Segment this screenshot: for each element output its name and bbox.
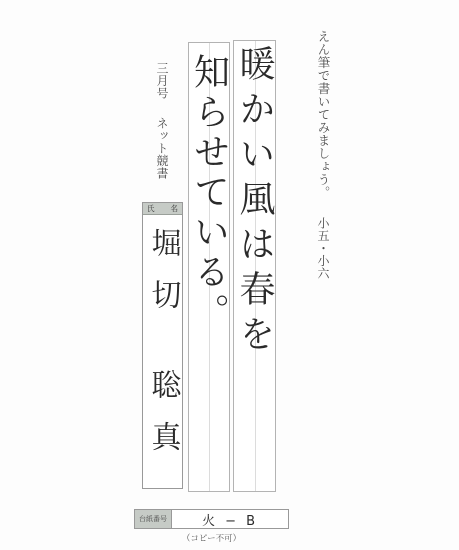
family-name-text: 堀切 — [146, 227, 181, 331]
competition-name-text: ネット競書 — [155, 117, 169, 180]
writing-strip-first: 暖かい風は春を — [233, 40, 276, 492]
no-copy-note: （コピー不可） — [134, 532, 289, 544]
handwriting-second-line: 知らせている。 — [189, 53, 230, 333]
name-header-left-char: 氏 — [147, 203, 155, 214]
issue-month-text: 三月号 — [155, 62, 169, 100]
name-box-header: 氏 名 — [143, 203, 182, 215]
writing-strip-second: 知らせている。 — [188, 42, 230, 492]
grade-level-text: 小五・小六 — [316, 217, 330, 280]
board-number-box: 台紙番号 火 − B — [134, 509, 289, 529]
board-number-value: 火 − B — [172, 510, 288, 528]
handwritten-name: 堀切 聡真 — [145, 227, 181, 473]
handwriting-first-line: 暖かい風は春を — [234, 45, 275, 360]
instruction-text: えん筆で書いてみましょう。 — [316, 30, 331, 199]
penmanship-sheet: えん筆で書いてみましょう。 小五・小六 三月号 ネット競書 暖かい風は春を 知ら… — [0, 0, 459, 550]
name-header-right-char: 名 — [171, 203, 179, 214]
given-name-text: 聡真 — [146, 369, 181, 473]
board-number-label: 台紙番号 — [135, 510, 172, 528]
instruction-column: えん筆で書いてみましょう。 小五・小六 — [314, 30, 332, 535]
name-box: 氏 名 堀切 聡真 — [142, 202, 183, 489]
